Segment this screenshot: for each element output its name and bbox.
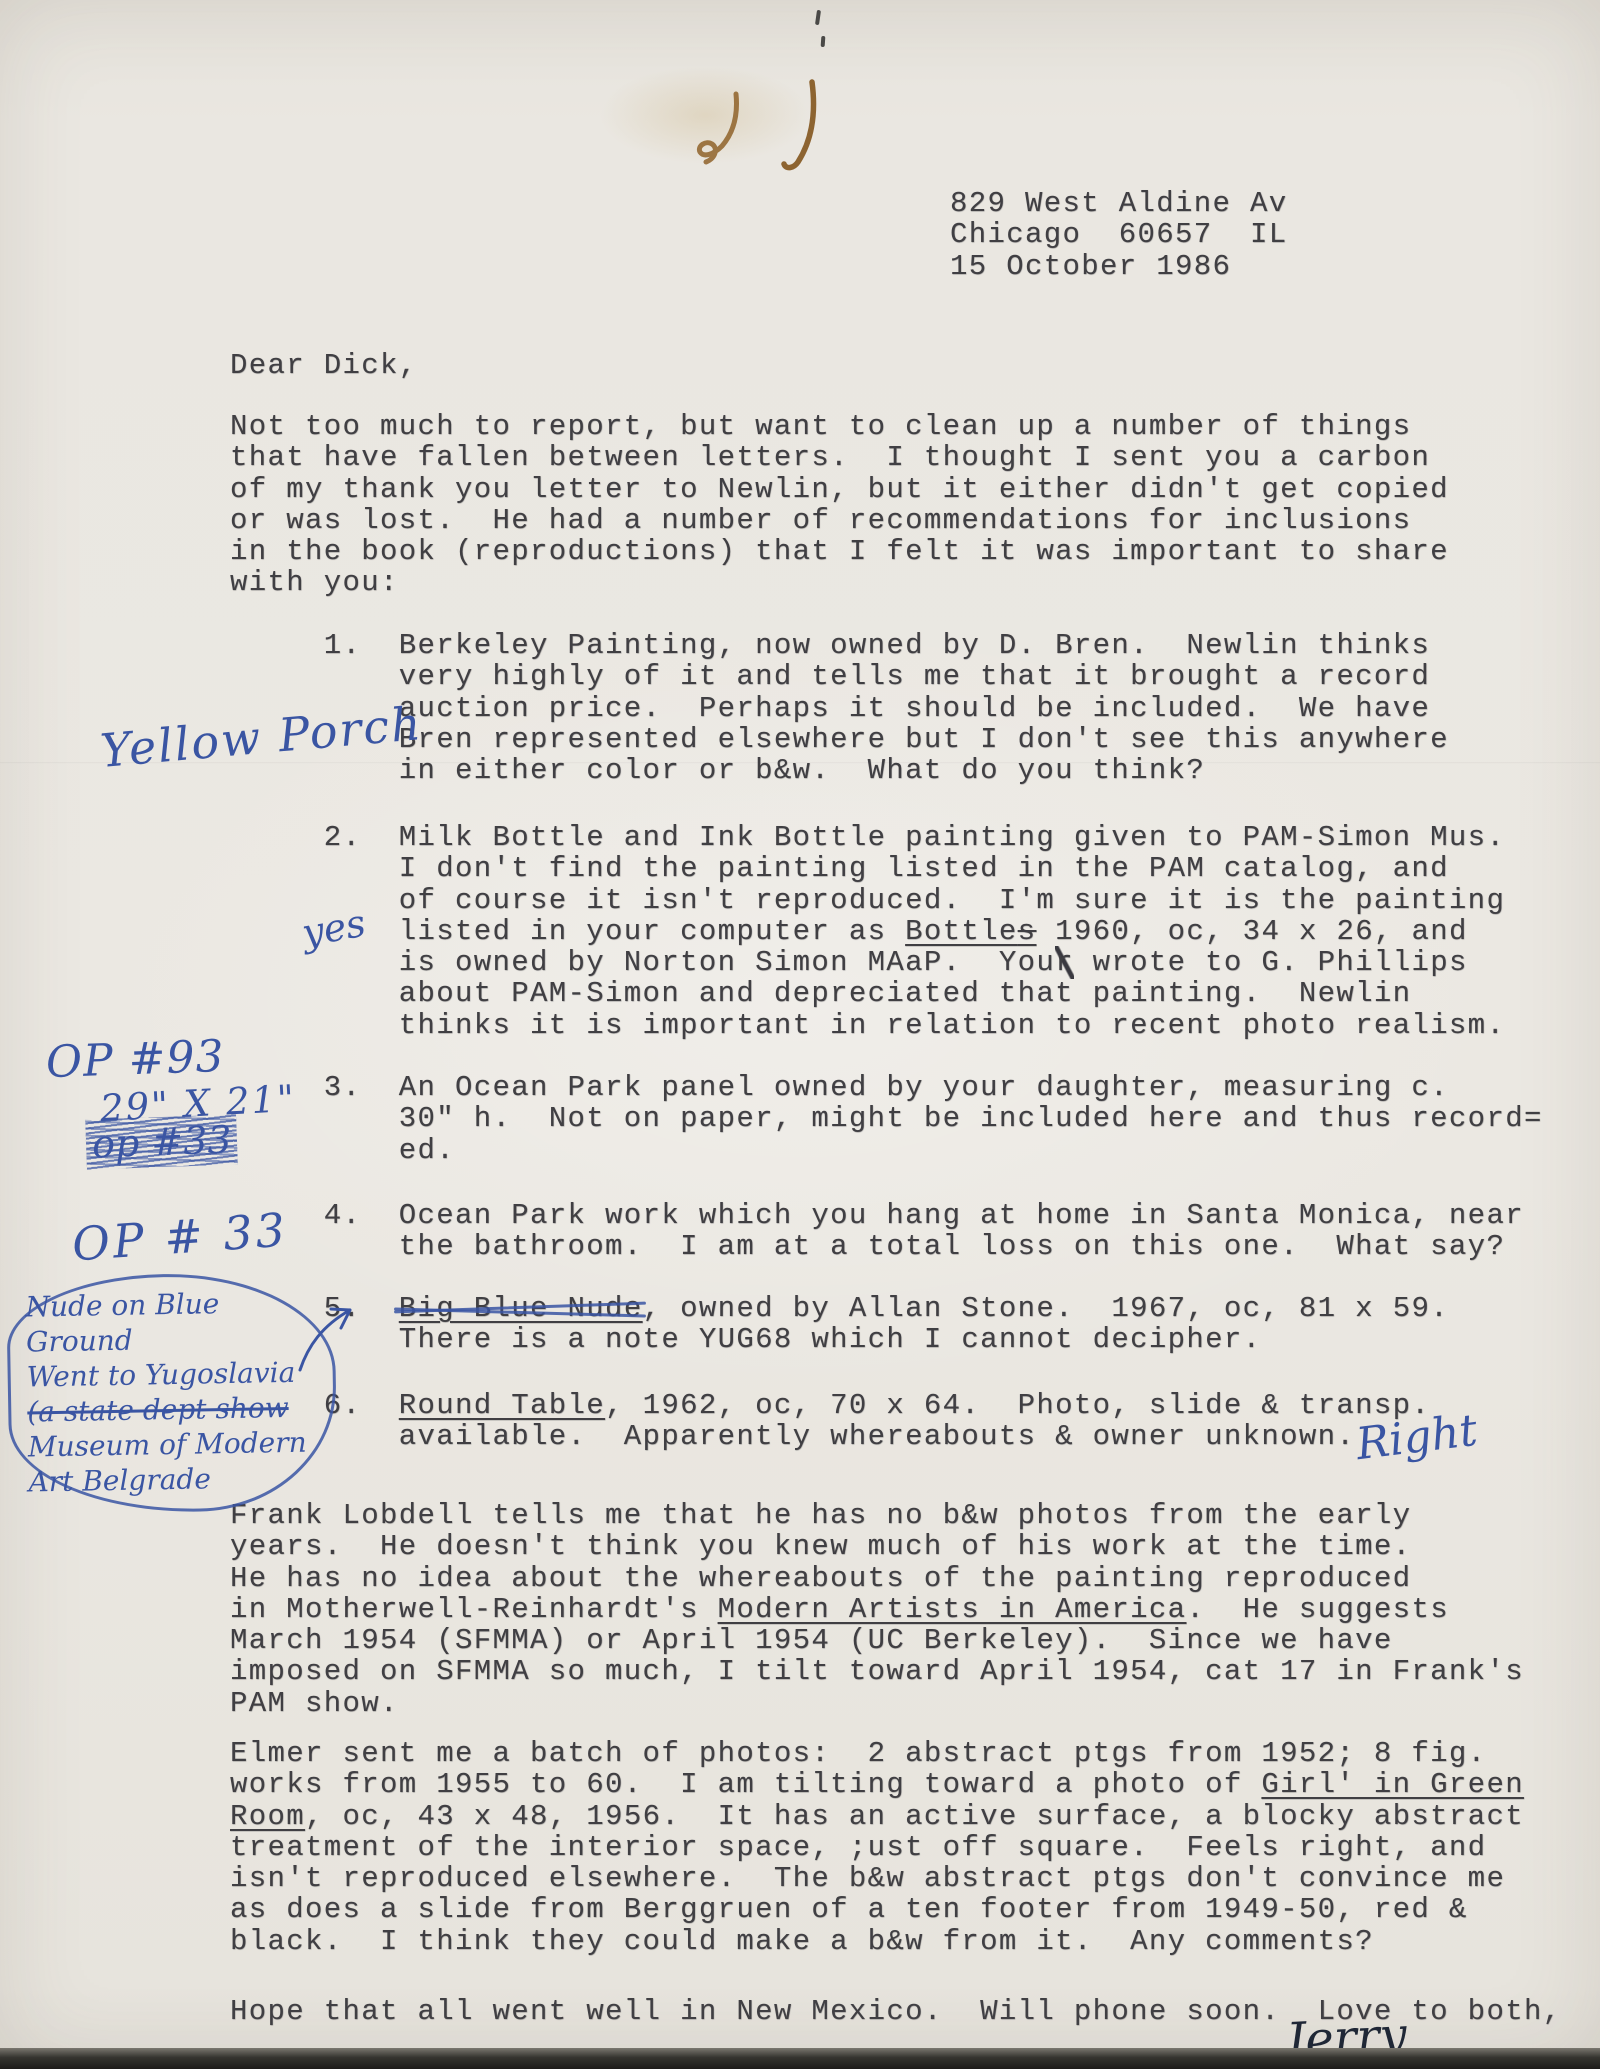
list-item-5: 5. Big Blue Nude, owned by Allan Stone. … — [230, 1293, 1449, 1356]
annotation-op-93: OP #93 — [45, 1031, 225, 1088]
letter-line: that have fallen between letters. I thou… — [230, 442, 1449, 473]
letter-page: 829 West Aldine AvChicago 60657 IL15 Oct… — [0, 0, 1600, 2069]
annotation-arrow-icon — [294, 1298, 366, 1376]
letter-line: 30" h. Not on paper, might be included h… — [230, 1103, 1543, 1134]
letter-line: of my thank you letter to Newlin, but it… — [230, 474, 1449, 505]
letter-line: about PAM-Simon and depreciated that pai… — [230, 978, 1505, 1009]
letter-header: 829 West Aldine AvChicago 60657 IL15 Oct… — [950, 188, 1288, 282]
letter-line: 6. Round Table, 1962, oc, 70 x 64. Photo… — [230, 1390, 1430, 1421]
letter-line: Nude on Blue — [25, 1284, 328, 1324]
letter-line: works from 1955 to 60. I am tilting towa… — [230, 1769, 1524, 1800]
letter-line: 1. Berkeley Painting, now owned by D. Br… — [230, 630, 1449, 661]
letter-line: in the book (reproductions) that I felt … — [230, 536, 1449, 567]
letter-line: black. I think they could make a b&w fro… — [230, 1926, 1524, 1957]
letter-line: Elmer sent me a batch of photos: 2 abstr… — [230, 1738, 1524, 1769]
letter-line: March 1954 (SFMMA) or April 1954 (UC Ber… — [230, 1625, 1524, 1656]
letter-line: isn't reproduced elsewhere. The b&w abst… — [230, 1863, 1524, 1894]
list-item-4: 4. Ocean Park work which you hang at hom… — [230, 1200, 1524, 1263]
ink-speck — [821, 36, 826, 47]
letter-line: 5. Big Blue Nude, owned by Allan Stone. … — [230, 1293, 1449, 1324]
letter-line: ed. — [230, 1135, 1543, 1166]
letter-line: treatment of the interior space, ;ust of… — [230, 1832, 1524, 1863]
letter-line: of course it isn't reproduced. I'm sure … — [230, 885, 1505, 916]
letter-line: imposed on SFMMA so much, I tilt toward … — [230, 1656, 1524, 1687]
letter-line: or was lost. He had a number of recommen… — [230, 505, 1449, 536]
annotation-circled-note: Nude on BlueGroundWent to Yugoslavia(a s… — [6, 1271, 338, 1515]
letter-line: Went to Yugoslavia — [26, 1354, 329, 1394]
letter-line: Dear Dick, — [230, 350, 418, 381]
letter-line: (a state dept show — [27, 1389, 330, 1429]
letter-line: I don't find the painting listed in the … — [230, 853, 1505, 884]
letter-line: PAM show. — [230, 1688, 1524, 1719]
letter-line: as does a slide from Berggruen of a ten … — [230, 1894, 1524, 1925]
list-item-3: 3. An Ocean Park panel owned by your dau… — [230, 1072, 1543, 1166]
letter-line: Ground — [26, 1319, 329, 1359]
list-item-6: 6. Round Table, 1962, oc, 70 x 64. Photo… — [230, 1390, 1430, 1453]
letter-line: Chicago 60657 IL — [950, 219, 1288, 250]
letter-line: Not too much to report, but want to clea… — [230, 411, 1449, 442]
letter-line: thinks it is important in relation to re… — [230, 1010, 1505, 1041]
letter-line: Room, oc, 43 x 48, 1956. It has an activ… — [230, 1801, 1524, 1832]
annotation-op-33-scribbled: op #33 — [91, 1118, 232, 1167]
letter-line: years. He doesn't think you knew much of… — [230, 1531, 1524, 1562]
letter-line: the bathroom. I am at a total loss on th… — [230, 1231, 1524, 1262]
ink-speck — [815, 10, 821, 25]
letter-line: 15 October 1986 — [950, 251, 1288, 282]
letter-line: with you: — [230, 567, 1449, 598]
letter-line: 2. Milk Bottle and Ink Bottle painting g… — [230, 822, 1505, 853]
letter-line: Art Belgrade — [28, 1459, 331, 1499]
letter-line: There is a note YUG68 which I cannot dec… — [230, 1324, 1449, 1355]
letter-line: in either color or b&w. What do you thin… — [230, 755, 1449, 786]
lobdell-paragraph: Frank Lobdell tells me that he has no b&… — [230, 1500, 1524, 1719]
ink-smudge-icon — [692, 88, 768, 172]
letter-line: 4. Ocean Park work which you hang at hom… — [230, 1200, 1524, 1231]
letter-line: He has no idea about the whereabouts of … — [230, 1563, 1524, 1594]
scan-bottom-edge — [0, 2048, 1600, 2069]
letter-line: 829 West Aldine Av — [950, 188, 1288, 219]
letter-line: listed in your computer as Bottles 1960,… — [230, 916, 1505, 947]
ink-smudge-icon — [778, 78, 822, 174]
letter-line: very highly of it and tells me that it b… — [230, 661, 1449, 692]
letter-line: is owned by Norton Simon MAaP. Your wrot… — [230, 947, 1505, 978]
elmer-paragraph: Elmer sent me a batch of photos: 2 abstr… — [230, 1738, 1524, 1957]
letter-line: Frank Lobdell tells me that he has no b&… — [230, 1500, 1524, 1531]
letter-line: Museum of Modern — [28, 1424, 331, 1464]
letter-line: available. Apparently whereabouts & owne… — [230, 1421, 1430, 1452]
letter-line: in Motherwell-Reinhardt's Modern Artists… — [230, 1594, 1524, 1625]
list-item-2: 2. Milk Bottle and Ink Bottle painting g… — [230, 822, 1505, 1041]
opening-paragraph: Not too much to report, but want to clea… — [230, 411, 1449, 599]
letter-line: 3. An Ocean Park panel owned by your dau… — [230, 1072, 1543, 1103]
salutation: Dear Dick, — [230, 350, 418, 381]
